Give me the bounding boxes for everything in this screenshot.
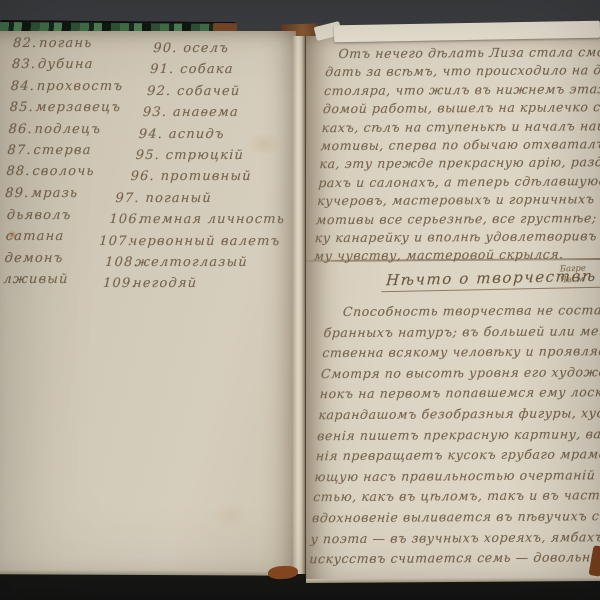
item-number: 89.	[5, 186, 32, 201]
item-number: 93.	[143, 105, 174, 120]
spine-bottom-edge	[268, 565, 299, 580]
insult-list-column-2: 90.оселъ 91.собака 92.собачей 93.анаѳема…	[136, 41, 331, 298]
margin-note-line: Чв. м	[560, 275, 586, 287]
list-item-cutoff: дьяволъ	[6, 208, 72, 229]
handwritten-line: карандашомъ безобразныя фигуры, художник…	[318, 405, 600, 428]
item-word: мерзавецъ	[35, 100, 121, 115]
paper-stain	[210, 501, 250, 531]
list-item: 91.собака	[149, 62, 331, 83]
handwritten-line: мотивы, сперва по обычаю отхваталъ за	[320, 136, 600, 157]
item-number: 82.	[13, 36, 40, 51]
item-word: мразь	[31, 186, 79, 201]
list-item: 89.мразь	[5, 186, 118, 207]
list-item: 88.сволочь	[6, 164, 119, 185]
item-word: поганый	[145, 191, 212, 206]
handwritten-line: рахъ и салонахъ, а теперь сдѣлавшуюся	[318, 173, 600, 194]
item-number: 106.	[109, 212, 140, 227]
handwritten-line: Отъ нечего дѣлать Лиза стала смотрѣть	[326, 44, 600, 65]
list-item: 93.анаѳема	[142, 105, 324, 126]
list-item: 87.стерва	[7, 143, 120, 164]
item-word: сатана	[5, 229, 64, 244]
scanned-notebook-photo: 82.погань 83.дубина 84.прохвостъ 85.мерз…	[0, 0, 600, 600]
insult-list-column-1: 82.погань 83.дубина 84.прохвостъ 85.мерз…	[5, 36, 126, 207]
item-number: 87.	[7, 143, 34, 158]
handwritten-line: му чувству, мастеровой скрылся.	[313, 246, 600, 267]
item-word: желтоглазый	[135, 255, 249, 270]
item-word: дьяволъ	[6, 208, 71, 223]
item-number: 97.	[115, 191, 146, 206]
item-number: 85.	[9, 100, 36, 115]
right-page-bottom-edge	[306, 577, 600, 583]
handwritten-line: дать за всѣмъ, что происходило на дворѣ	[325, 62, 600, 83]
list-item: 85.мерзавецъ	[9, 100, 122, 121]
item-number: 94.	[138, 127, 169, 142]
list-item-cutoff: сатана	[5, 229, 71, 250]
list-item: 86.подлецъ	[8, 122, 121, 143]
item-number: 83.	[12, 57, 39, 72]
list-item: 94.аспидъ	[138, 127, 320, 148]
item-number: 91.	[150, 62, 181, 77]
item-word: оселъ	[183, 41, 230, 56]
handwritten-line: венія пишетъ прекрасную картину, вая	[316, 425, 600, 448]
item-word: анаѳема	[173, 105, 240, 120]
item-word: стрюцкій	[165, 148, 244, 163]
item-number: 86.	[8, 122, 35, 137]
list-item: 92.собачей	[146, 84, 328, 105]
handwritten-line: бранныхъ натуръ; въ большей или меньшей	[323, 322, 600, 345]
handwritten-line: кахъ, сѣлъ на ступенькѣ и началъ наигры	[321, 117, 600, 138]
item-word: подлецъ	[34, 122, 101, 137]
item-number: 95.	[135, 148, 166, 163]
handwritten-line: кучеровъ, мастеровыхъ и горничныхъ . . .…	[317, 191, 600, 212]
item-number: 107.	[99, 234, 130, 249]
insult-list-column-1-cutoff: дьяволъ сатана демонъ лживый	[3, 208, 73, 294]
item-word: лживый	[3, 272, 69, 287]
item-word: противный	[160, 169, 252, 184]
handwritten-line: Способность творчества не составляетъ п	[324, 302, 600, 325]
list-item-cutoff: демонъ	[4, 251, 70, 272]
handwritten-line: стью, какъ въ цѣломъ, такъ и въ частяхъ	[312, 487, 600, 510]
item-word: аспидъ	[168, 127, 225, 142]
handwritten-line: вдохновеніе выливается въ пѣвучихъ симф	[311, 508, 600, 531]
item-word: негодяй	[133, 276, 198, 291]
list-item: 96.противный	[130, 169, 312, 190]
handwritten-line: мотивы все серьезнѣе, все грустнѣе; нако	[315, 209, 600, 230]
item-word: темная личность	[139, 212, 285, 227]
list-item: 95.стрюцкій	[135, 148, 317, 169]
list-item: 106.темная личность	[109, 212, 291, 233]
handwritten-line: ка, эту прежде прекрасную арію, раздав	[319, 154, 600, 175]
item-word: сволочь	[32, 164, 95, 179]
left-page-bottom-edge	[0, 569, 296, 576]
item-number: 108.	[105, 255, 136, 270]
handwritten-line: ющую насъ правильностью очертаній и ст	[314, 467, 600, 490]
handwritten-line: нокъ на первомъ попавшемся ему лоскутк	[319, 384, 600, 407]
item-number: 84.	[10, 79, 37, 94]
item-word: собачей	[177, 84, 241, 99]
handwritten-line: у поэта — въ звучныхъ хореяхъ, ямбахъ и	[310, 528, 600, 551]
handwritten-line: Смотря по высотѣ уровня его художествен	[320, 364, 600, 387]
list-item: 84.прохвостъ	[10, 79, 123, 100]
margin-note: БагреЧв. м	[560, 264, 587, 287]
item-number: 90.	[153, 41, 184, 56]
diary-paragraph-1: Отъ нечего дѣлать Лиза стала смотрѣтьдат…	[313, 44, 600, 267]
handwritten-line: нія превращаетъ кусокъ грубаго мрамора с	[315, 446, 600, 469]
item-word: червонный валетъ	[129, 234, 281, 249]
item-number: 88.	[6, 164, 33, 179]
item-number: 96.	[130, 169, 161, 184]
list-item: 108.желтоглазый	[104, 255, 286, 276]
item-word: стерва	[33, 143, 92, 158]
list-item: 82.погань	[12, 36, 125, 57]
item-number: 109.	[103, 276, 134, 291]
list-item: 90.оселъ	[153, 41, 335, 62]
item-word: дубина	[38, 57, 94, 72]
item-word: собака	[180, 62, 234, 77]
list-item-cutoff: лживый	[3, 272, 69, 293]
handwritten-line: искусствъ считается семь — довольно обши	[309, 549, 600, 572]
list-item: 83.дубина	[11, 57, 124, 78]
diary-paragraph-2: Способность творчества не составляетъ пб…	[309, 302, 600, 572]
handwritten-line: домой работы, вышелъ на крылечко съ га	[322, 99, 600, 120]
item-word: прохвостъ	[36, 79, 123, 94]
item-number: 92.	[147, 84, 178, 99]
list-item: 107.червонный валетъ	[99, 234, 281, 255]
list-item: 109.негодяй	[102, 276, 284, 297]
handwritten-line: столяра, что жилъ въ нижнемъ этажѣ.	[323, 81, 600, 102]
item-word: погань	[39, 36, 93, 51]
list-item: 97.поганый	[115, 191, 297, 212]
handwritten-line: ку канарейку и вполнѣ удовлетворивъ с	[314, 228, 600, 249]
handwritten-line: ственна всякому человѣку и проявляется	[322, 343, 600, 366]
item-word: демонъ	[4, 251, 64, 266]
